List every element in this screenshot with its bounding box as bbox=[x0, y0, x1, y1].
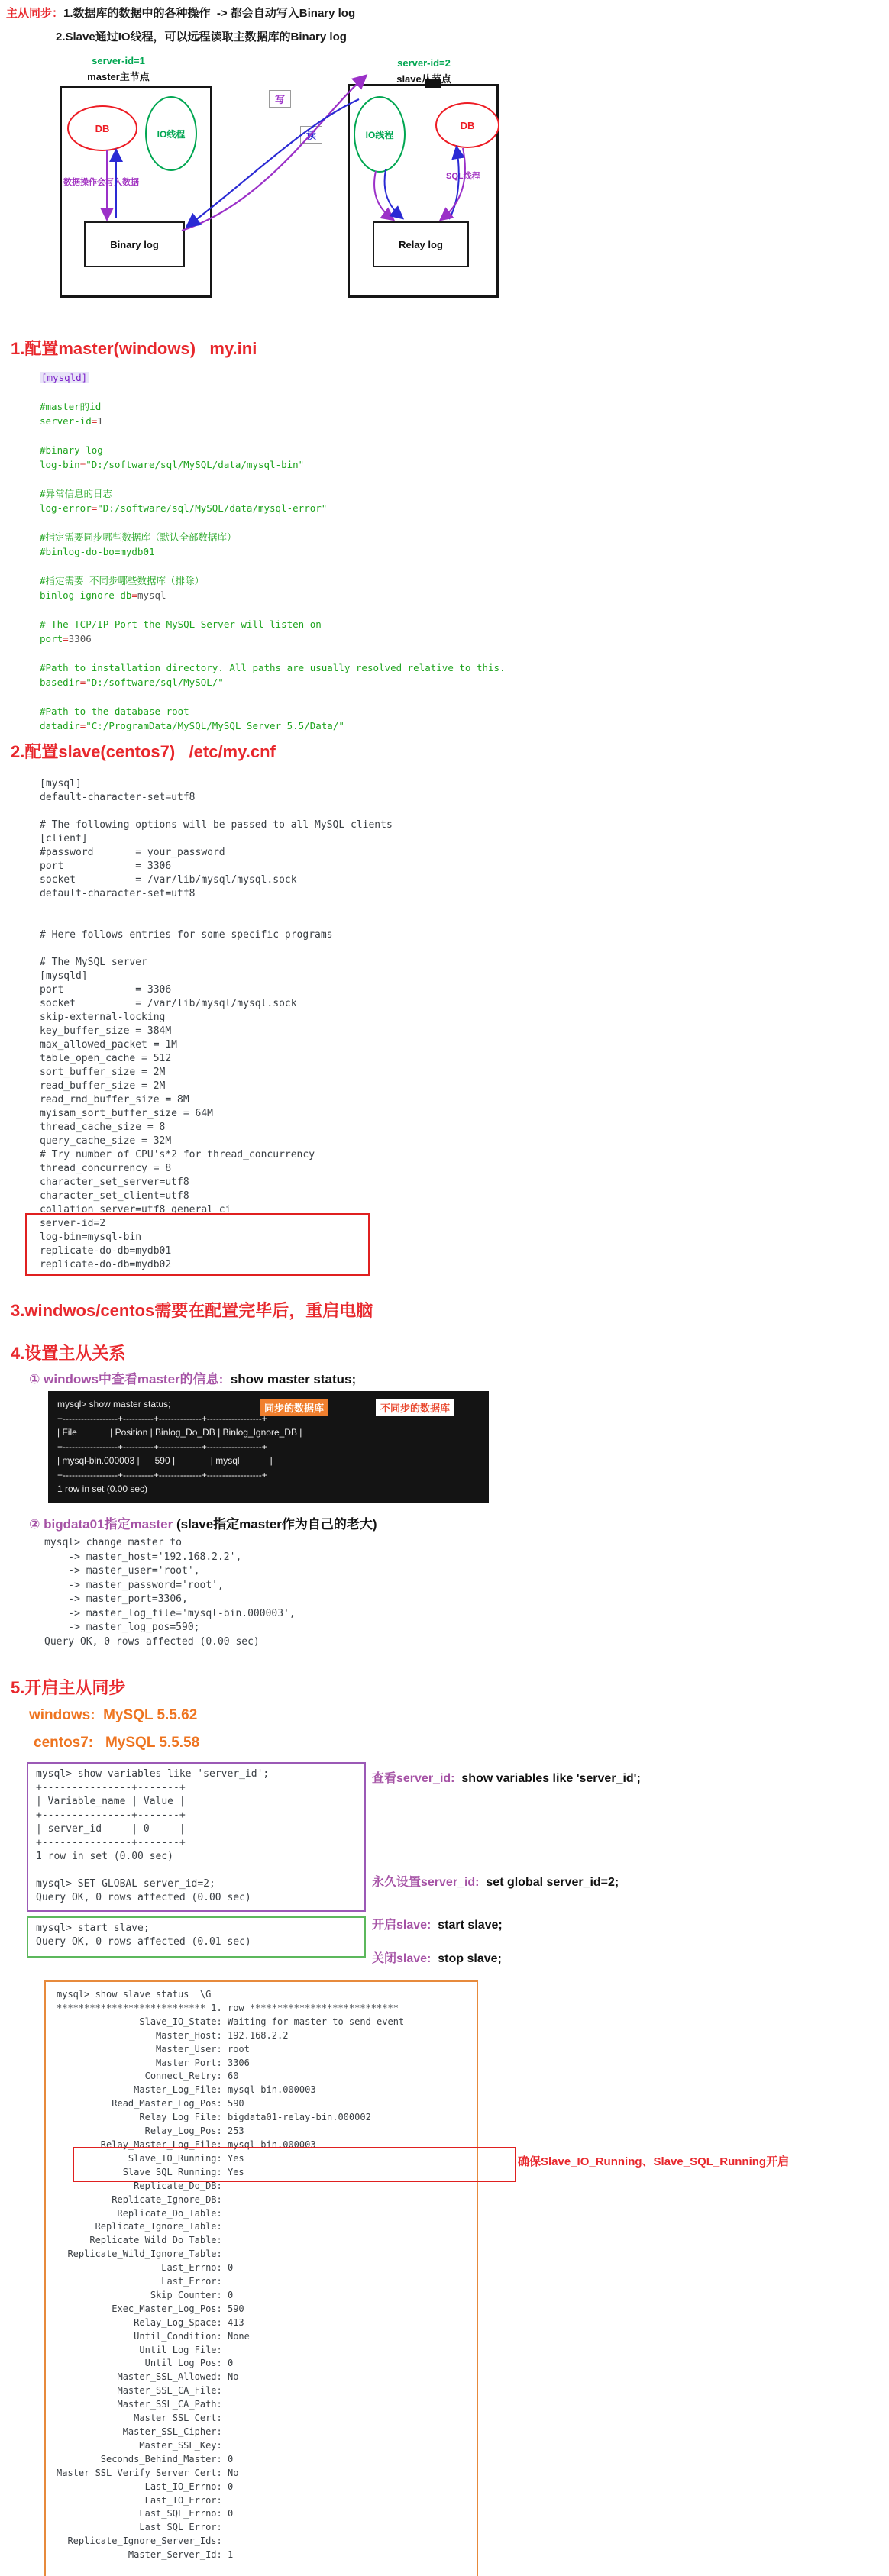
start-slave-terminal-output: mysql> start slave; Query OK, 0 rows aff… bbox=[28, 1918, 364, 1953]
my-cnf-code-block: [mysql] default-character-set=utf8 # The… bbox=[40, 777, 393, 1272]
sync-db-tag: 同步的数据库 bbox=[260, 1399, 328, 1416]
annotation-start-command: start slave; bbox=[438, 1919, 503, 1932]
my-ini-code-block: [mysqld] #master的id server-id=1 #binary … bbox=[40, 370, 506, 733]
slave-running-note: 确保Slave_IO_Running、Slave_SQL_Running开启 bbox=[518, 2153, 789, 2169]
step1-line: ① windows中查看master的信息: show master statu… bbox=[29, 1368, 356, 1387]
show-slave-status-output: mysql> show slave status \G ************… bbox=[46, 1982, 477, 2568]
section1-heading: 1.配置master(windows) my.ini bbox=[11, 336, 257, 360]
step2-line: ② bigdata01指定master (slave指定master作为自己的老… bbox=[29, 1513, 377, 1532]
step1-label: ① windows中查看master的信息: bbox=[29, 1372, 231, 1386]
annotation-start-slave: 开启slave: start slave; bbox=[372, 1915, 503, 1932]
annotation-stop-command: stop slave; bbox=[438, 1952, 502, 1965]
annotation-set-command: set global server_id=2; bbox=[486, 1876, 619, 1889]
step1-command: show master status; bbox=[231, 1372, 356, 1386]
annotation-set-label: 永久设置server_id: bbox=[372, 1876, 486, 1889]
annotation-set-server-id: 永久设置server_id: set global server_id=2; bbox=[372, 1872, 619, 1890]
section3-heading: 3.windwos/centos需要在配置完毕后，重启电脑 bbox=[11, 1298, 373, 1322]
section4-heading: 4.设置主从关系 bbox=[11, 1341, 125, 1364]
annotation-view-server-id: 查看server_id: show variables like 'server… bbox=[372, 1768, 641, 1786]
step2-command: (slave指定master作为自己的老大) bbox=[176, 1517, 377, 1532]
server-id-terminal-frame: mysql> show variables like 'server_id'; … bbox=[27, 1762, 366, 1912]
section2-heading: 2.配置slave(centos7) /etc/my.cnf bbox=[11, 739, 276, 763]
diagram-arrows bbox=[0, 46, 535, 305]
notes-page: 主从同步：1.数据库的数据中的各种操作 -> 都会自动写入Binary log … bbox=[0, 0, 889, 2576]
annotation-stop-slave: 关闭slave: stop slave; bbox=[372, 1948, 502, 1966]
show-slave-status-frame: mysql> show slave status \G ************… bbox=[44, 1980, 478, 2576]
nosync-db-tag: 不同步的数据库 bbox=[376, 1399, 454, 1416]
annotation-stop-label: 关闭slave: bbox=[372, 1952, 438, 1965]
annotation-start-label: 开启slave: bbox=[372, 1919, 438, 1932]
change-master-terminal: mysql> change master to -> master_host='… bbox=[44, 1536, 296, 1649]
step2-label: ② bigdata01指定master bbox=[29, 1517, 176, 1532]
server-id-terminal-output: mysql> show variables like 'server_id'; … bbox=[28, 1764, 364, 1909]
section5-heading: 5.开启主从同步 bbox=[11, 1675, 125, 1699]
windows-version-line: windows: MySQL 5.5.62 bbox=[29, 1707, 197, 1724]
replication-diagram: server-id=1 master主节点 server-id=2 slave从… bbox=[0, 0, 535, 305]
start-slave-terminal-frame: mysql> start slave; Query OK, 0 rows aff… bbox=[27, 1916, 366, 1958]
annotation-view-command: show variables like 'server_id'; bbox=[461, 1772, 640, 1785]
centos-version-line: centos7: MySQL 5.5.58 bbox=[34, 1735, 199, 1751]
annotation-view-label: 查看server_id: bbox=[372, 1772, 461, 1785]
